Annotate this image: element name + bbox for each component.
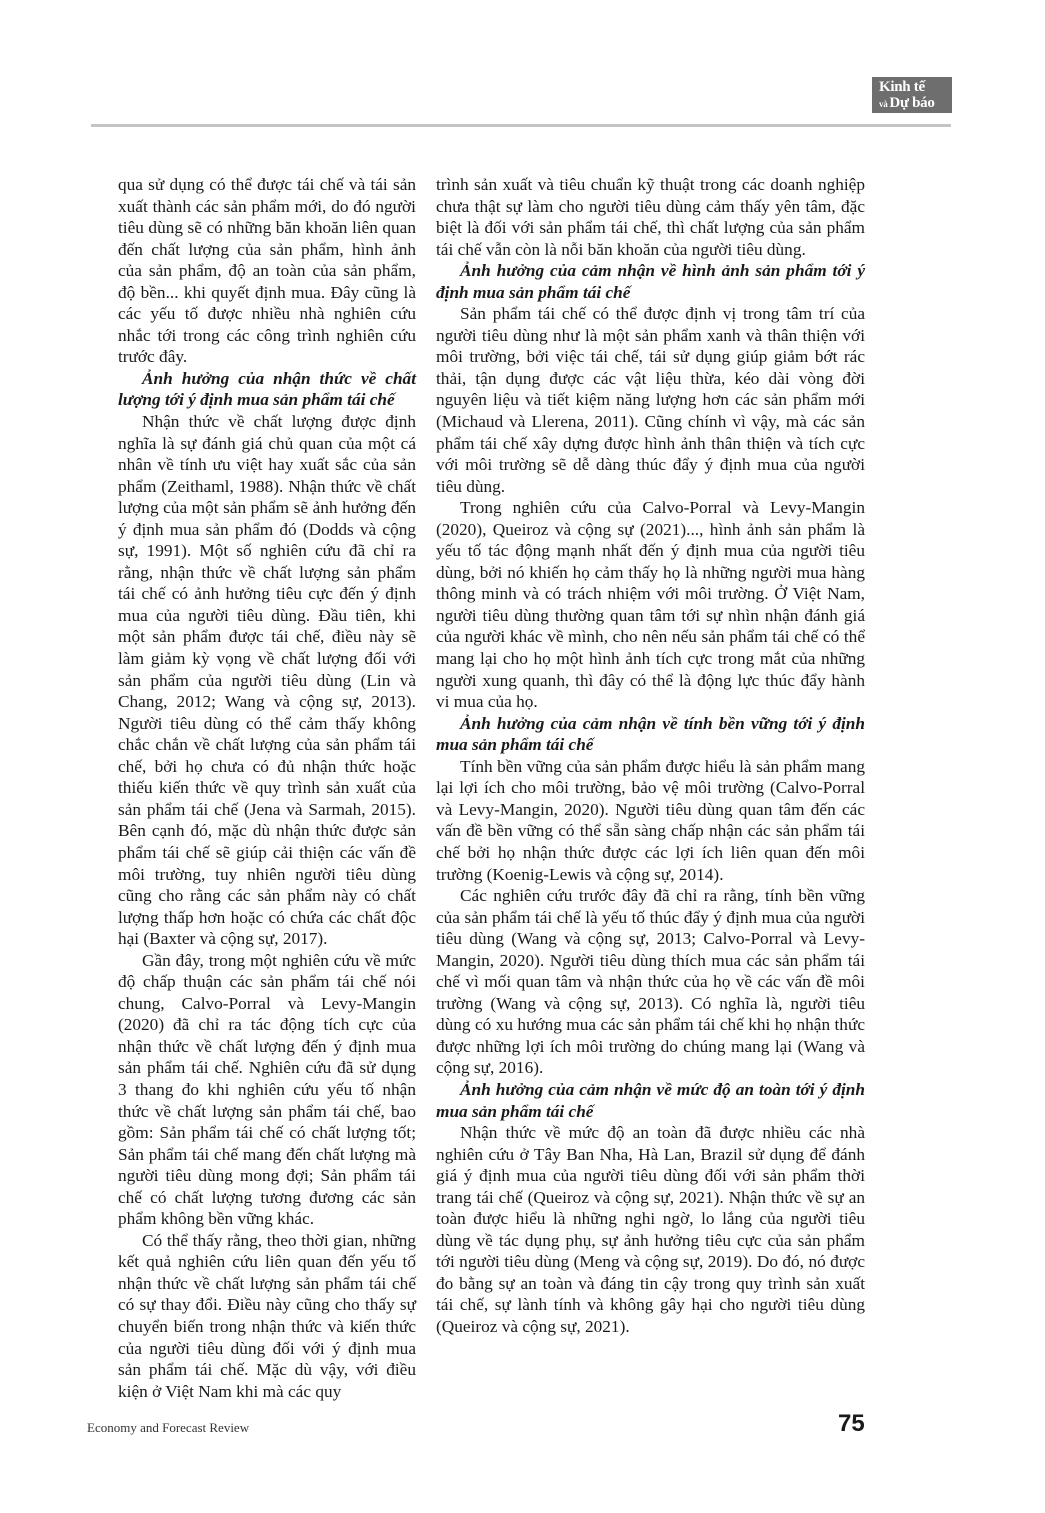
logo-line-1: Kinh tế — [879, 80, 925, 95]
left-column: qua sử dụng có thể được tái chế và tái s… — [118, 174, 416, 1402]
paragraph: Trong nghiên cứu của Calvo-Porral và Lev… — [436, 497, 865, 712]
header-rule — [91, 124, 951, 127]
right-column: trình sản xuất và tiêu chuẩn kỹ thuật tr… — [436, 174, 865, 1338]
journal-logo: Kinh tế vàDự báo — [872, 77, 952, 113]
section-heading: Ảnh hưởng của cảm nhận về hình ảnh sản p… — [436, 260, 865, 303]
paragraph: Có thể thấy rằng, theo thời gian, những … — [118, 1230, 416, 1402]
paragraph: Các nghiên cứu trước đây đã chỉ ra rằng,… — [436, 885, 865, 1079]
paragraph: Nhận thức về chất lượng được định nghĩa … — [118, 411, 416, 950]
paragraph: trình sản xuất và tiêu chuẩn kỹ thuật tr… — [436, 174, 865, 260]
paragraph: Gần đây, trong một nghiên cứu về mức độ … — [118, 950, 416, 1230]
logo-line-2-text: Dự báo — [889, 95, 934, 111]
logo-line-2: vàDự báo — [879, 96, 935, 111]
paragraph: Nhận thức về mức độ an toàn đã được nhiề… — [436, 1122, 865, 1337]
paragraph: Sản phẩm tái chế có thể được định vị tro… — [436, 303, 865, 497]
section-heading: Ảnh hưởng của cảm nhận về tính bền vững … — [436, 713, 865, 756]
logo-conjunction: và — [879, 99, 887, 109]
section-heading: Ảnh hưởng của nhận thức về chất lượng tớ… — [118, 368, 416, 411]
section-heading: Ảnh hưởng của cảm nhận về mức độ an toàn… — [436, 1079, 865, 1122]
footer-journal-name: Economy and Forecast Review — [87, 1420, 249, 1436]
paragraph: qua sử dụng có thể được tái chế và tái s… — [118, 174, 416, 368]
paragraph: Tính bền vững của sản phẩm được hiểu là … — [436, 756, 865, 885]
page-number: 75 — [838, 1410, 865, 1438]
